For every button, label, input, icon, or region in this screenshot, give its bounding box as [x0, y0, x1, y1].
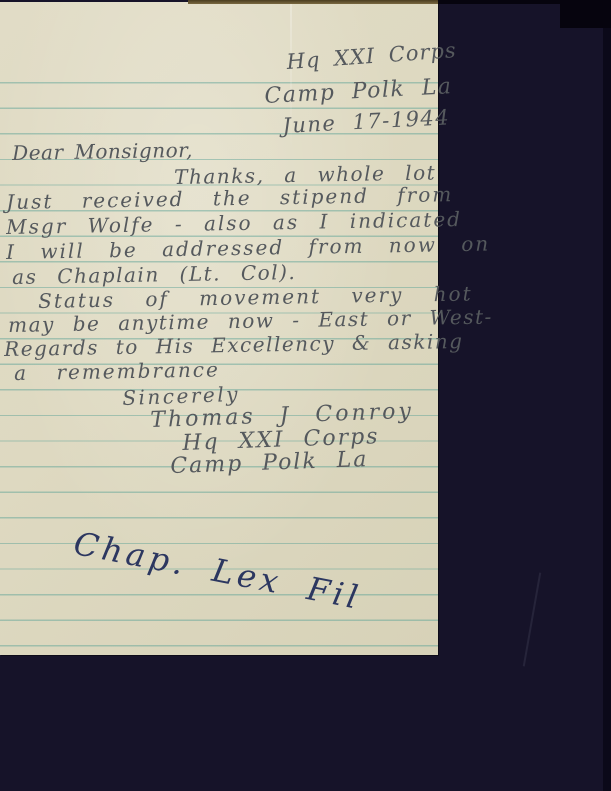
body-line: as Chaplain (Lt. Col).	[12, 262, 296, 287]
scanned-letter-page: Hq XXI Corps Camp Polk La June 17-1944 D…	[0, 0, 611, 791]
closing-valediction: Sincerely	[122, 384, 240, 408]
scanner-bed-corner	[560, 0, 611, 28]
scanner-bed-edge	[603, 0, 611, 791]
board-edge	[188, 0, 438, 4]
heading-unit: Hq XXI Corps	[286, 40, 457, 73]
body-line: a remembrance	[14, 359, 220, 383]
scanner-bed-top-strip	[438, 0, 611, 4]
letter-paper: Hq XXI Corps Camp Polk La June 17-1944 D…	[0, 2, 438, 655]
scanner-bed-scratch	[523, 573, 541, 667]
salutation: Dear Monsignor,	[12, 140, 193, 163]
